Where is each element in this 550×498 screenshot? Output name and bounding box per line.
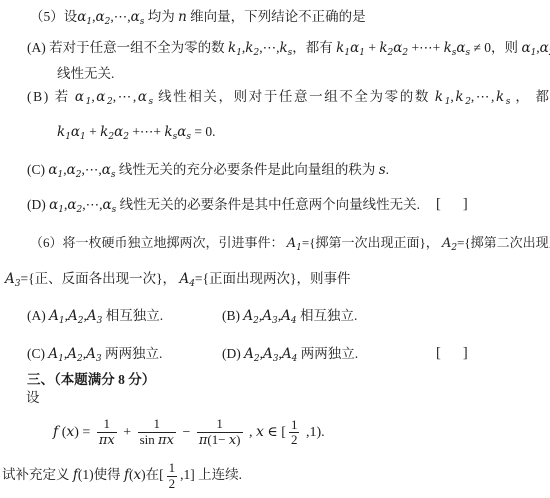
text-run: + (86, 124, 100, 139)
text-run: α (177, 124, 186, 140)
text-run: ,⋯, (259, 40, 279, 55)
section3-formula: f (x) = 1πx + 1sin πx − 1π(1− x) , x ∈ [… (53, 417, 325, 448)
text-run: 1 (291, 417, 298, 432)
text-run: ，都有 (292, 40, 336, 55)
text-run: ) = (74, 425, 94, 440)
fraction-denominator: π(1− x) (197, 432, 243, 449)
fraction: 12 (289, 418, 300, 448)
text-run: α (131, 9, 140, 25)
q6-bracket-close-icon: ] (463, 345, 468, 362)
text-run: α (102, 197, 111, 213)
fraction: 1π(1− x) (197, 417, 243, 448)
q6-bracket-open-icon: [ (436, 345, 441, 362)
text-run: α (114, 124, 123, 140)
text-run: （6）将一枚硬币独立地掷两次，引进事件： (30, 235, 287, 250)
text-run: ,⋯, (81, 162, 101, 177)
text-run: 相互独立. (102, 308, 163, 323)
text-run: = 0. (191, 124, 216, 139)
text-run: α (393, 40, 402, 56)
q6-option-d: (D) A2,A3,A4 两两独立. (222, 345, 358, 368)
fraction-numerator: 1 (102, 417, 113, 432)
exam-document-page: （5）设α1,α2,⋯,αs 均为 n 维向量，下列结论不正确的是 (A) 若对… (0, 0, 550, 498)
text-run: (A) 若对于任意一组不全为零的数 (27, 40, 228, 55)
text-run: 线性无关的充分必要条件是此向量组的秩为 (115, 162, 378, 177)
text-run: 2 (169, 476, 176, 491)
text-run: A (262, 308, 272, 324)
text-run: A (67, 346, 77, 362)
text-run: A (48, 346, 58, 362)
text-run: ) (236, 432, 240, 447)
q5-option-a-line2: 线性无关. (57, 65, 114, 82)
text-run: +⋯+ (408, 40, 443, 55)
text-run: α (96, 89, 107, 105)
text-run: (1)使得 (78, 467, 124, 482)
text-run: α (75, 89, 86, 105)
text-run: . (386, 162, 389, 177)
q6-option-c: (C) A1,A2,A3 两两独立. (27, 345, 162, 368)
text-run: A (68, 308, 78, 324)
text-run: x (134, 467, 142, 483)
text-run: ,⋯, (471, 89, 496, 104)
text-run: ,⋯, (82, 197, 102, 212)
text-run: + (120, 425, 135, 440)
text-run: 两两独立. (297, 346, 358, 361)
text-run: k (444, 40, 452, 56)
text-run: α (456, 40, 465, 56)
text-run: (C) (27, 162, 48, 177)
text-run: (D) (27, 197, 49, 212)
fraction-numerator: 1 (152, 417, 163, 432)
text-run: k (379, 40, 387, 56)
fraction: 12 (167, 461, 178, 491)
text-run: ={正面出现两次}，则事件 (195, 271, 351, 286)
text-run: (1− (207, 432, 228, 447)
text-run: 1 (104, 416, 111, 431)
q5-stem: （5）设α1,α2,⋯,αs 均为 n 维向量，下列结论不正确的是 (30, 8, 366, 31)
fraction-denominator: πx (97, 432, 117, 449)
q5-option-c: (C) α1,α2,⋯,αs 线性无关的充分必要条件是此向量组的秩为 s. (27, 161, 389, 184)
fraction-numerator: 1 (289, 418, 300, 433)
text-run: α (49, 197, 58, 213)
text-run: α (521, 40, 530, 56)
text-run: ,1] 上连续. (180, 467, 242, 482)
fraction-numerator: 1 (167, 461, 178, 476)
text-run: α (67, 162, 76, 178)
text-run: α (48, 162, 57, 178)
fraction: 1sin πx (138, 417, 176, 448)
text-run: A (287, 236, 296, 251)
q6-answer-brackets: [ ] (436, 345, 468, 362)
text-run: , (246, 425, 257, 440)
text-run: 1 (169, 460, 176, 475)
text-run: +⋯+ (129, 124, 164, 139)
text-run: α (350, 40, 359, 56)
q5-bracket-close-icon: ] (463, 196, 468, 213)
q6-option-a: (A) A1,A2,A3 相互独立. (27, 307, 163, 330)
section3-intro: 设 (26, 389, 40, 406)
text-run: (B) 若 (27, 89, 75, 104)
text-run: (D) (222, 346, 244, 361)
q6-option-b: (B) A2,A3,A4 相互独立. (222, 307, 357, 330)
text-run: k (496, 89, 506, 105)
text-run: n (178, 9, 187, 25)
text-run: 线性相关，则对于任意一组不全为零的数 (153, 89, 435, 104)
q5-option-d: (D) α1,α2,⋯,αs 线性无关的必要条件是其中任意两个向量线性无关. (27, 196, 420, 219)
fraction-denominator: 2 (167, 476, 178, 492)
text-run: 维向量，下列结论不正确的是 (187, 9, 366, 24)
text-run: πx (99, 433, 115, 448)
text-run: A (244, 346, 254, 362)
text-run: A (5, 271, 15, 287)
text-run: A (87, 308, 97, 324)
text-run: A (86, 346, 96, 362)
text-run: (B) (222, 308, 243, 323)
q5-option-b-line1: (B) 若 α1,α2,⋯,αs 线性相关，则对于任意一组不全为零的数 k1,k… (27, 88, 550, 111)
q6-continuation: A3={正、反面各出现一次}， A4={正面出现两次}，则事件 (5, 270, 351, 293)
text-run: A (282, 346, 292, 362)
text-run: ,⋯, (113, 89, 138, 104)
text-run: α (71, 124, 80, 140)
text-run: ∈ [ (264, 425, 286, 440)
text-run: A (243, 308, 253, 324)
text-run: A (49, 308, 59, 324)
q5-option-a-line1: (A) 若对于任意一组不全为零的数 k1,k2,⋯,ks，都有 k1α1 + k… (27, 39, 550, 62)
q5-answer-brackets: [ ] (436, 196, 468, 213)
q5-option-b-line2: k1α1 + k2α2 +⋯+ ksαs = 0. (57, 123, 215, 146)
text-run: k (455, 89, 465, 105)
text-run: )在[ (141, 467, 164, 482)
text-run: 线性无关的必要条件是其中任意两个向量线性无关. (116, 197, 420, 212)
text-run: α (138, 89, 149, 105)
fraction-denominator: 2 (289, 432, 300, 448)
text-run: k (228, 40, 236, 56)
text-run: s (379, 162, 386, 178)
text-run: k (57, 124, 65, 140)
text-run: πx (158, 433, 174, 448)
text-run: ,⋯, (110, 9, 130, 24)
text-run: A (263, 346, 273, 362)
text-run: x (256, 424, 264, 440)
text-run: A (281, 308, 291, 324)
text-run: α (102, 162, 111, 178)
text-run: 2 (291, 432, 298, 447)
text-run: 1 (154, 416, 161, 431)
text-run: − (179, 425, 194, 440)
text-run: ={正、反面各出现一次}， (20, 271, 179, 286)
q6-stem: （6）将一枚硬币独立地掷两次，引进事件： A1={掷第一次出现正面}， A2={… (30, 234, 550, 257)
closing-line: 试补充定义 f(1)使得 f(x)在[12,1] 上连续. (2, 461, 242, 491)
fraction: 1πx (97, 417, 117, 448)
text-run: sin (140, 432, 158, 447)
fraction-numerator: 1 (214, 417, 225, 432)
text-run: ={掷第一次出现正面}， (302, 235, 442, 250)
text-run: A (442, 236, 451, 251)
text-run: ,1). (302, 425, 324, 440)
text-run: α (95, 9, 104, 25)
text-run: (C) (27, 346, 48, 361)
text-run: 1 (216, 416, 223, 431)
text-run: ≠ 0，则 (470, 40, 521, 55)
text-run: A (179, 271, 189, 287)
text-run: 均为 (144, 9, 178, 24)
text-run: ={掷第二次出现正面} (457, 235, 550, 250)
text-run: 试补充定义 (2, 467, 73, 482)
text-run: α (77, 9, 86, 25)
text-run: k (435, 89, 445, 105)
section3-heading: 三、（本题满分 8 分） (27, 371, 155, 388)
text-run: k (279, 40, 287, 56)
fraction-denominator: sin πx (138, 432, 176, 449)
text-run: + (365, 40, 379, 55)
text-run: 相互独立. (297, 308, 358, 323)
text-run: α (540, 40, 549, 56)
text-run: (A) (27, 308, 49, 323)
text-run: ， 都 (510, 89, 550, 104)
q5-bracket-open-icon: [ (436, 196, 441, 213)
text-run: （5）设 (30, 9, 77, 24)
text-run: 两两独立. (102, 346, 163, 361)
text-run: k (164, 124, 172, 140)
